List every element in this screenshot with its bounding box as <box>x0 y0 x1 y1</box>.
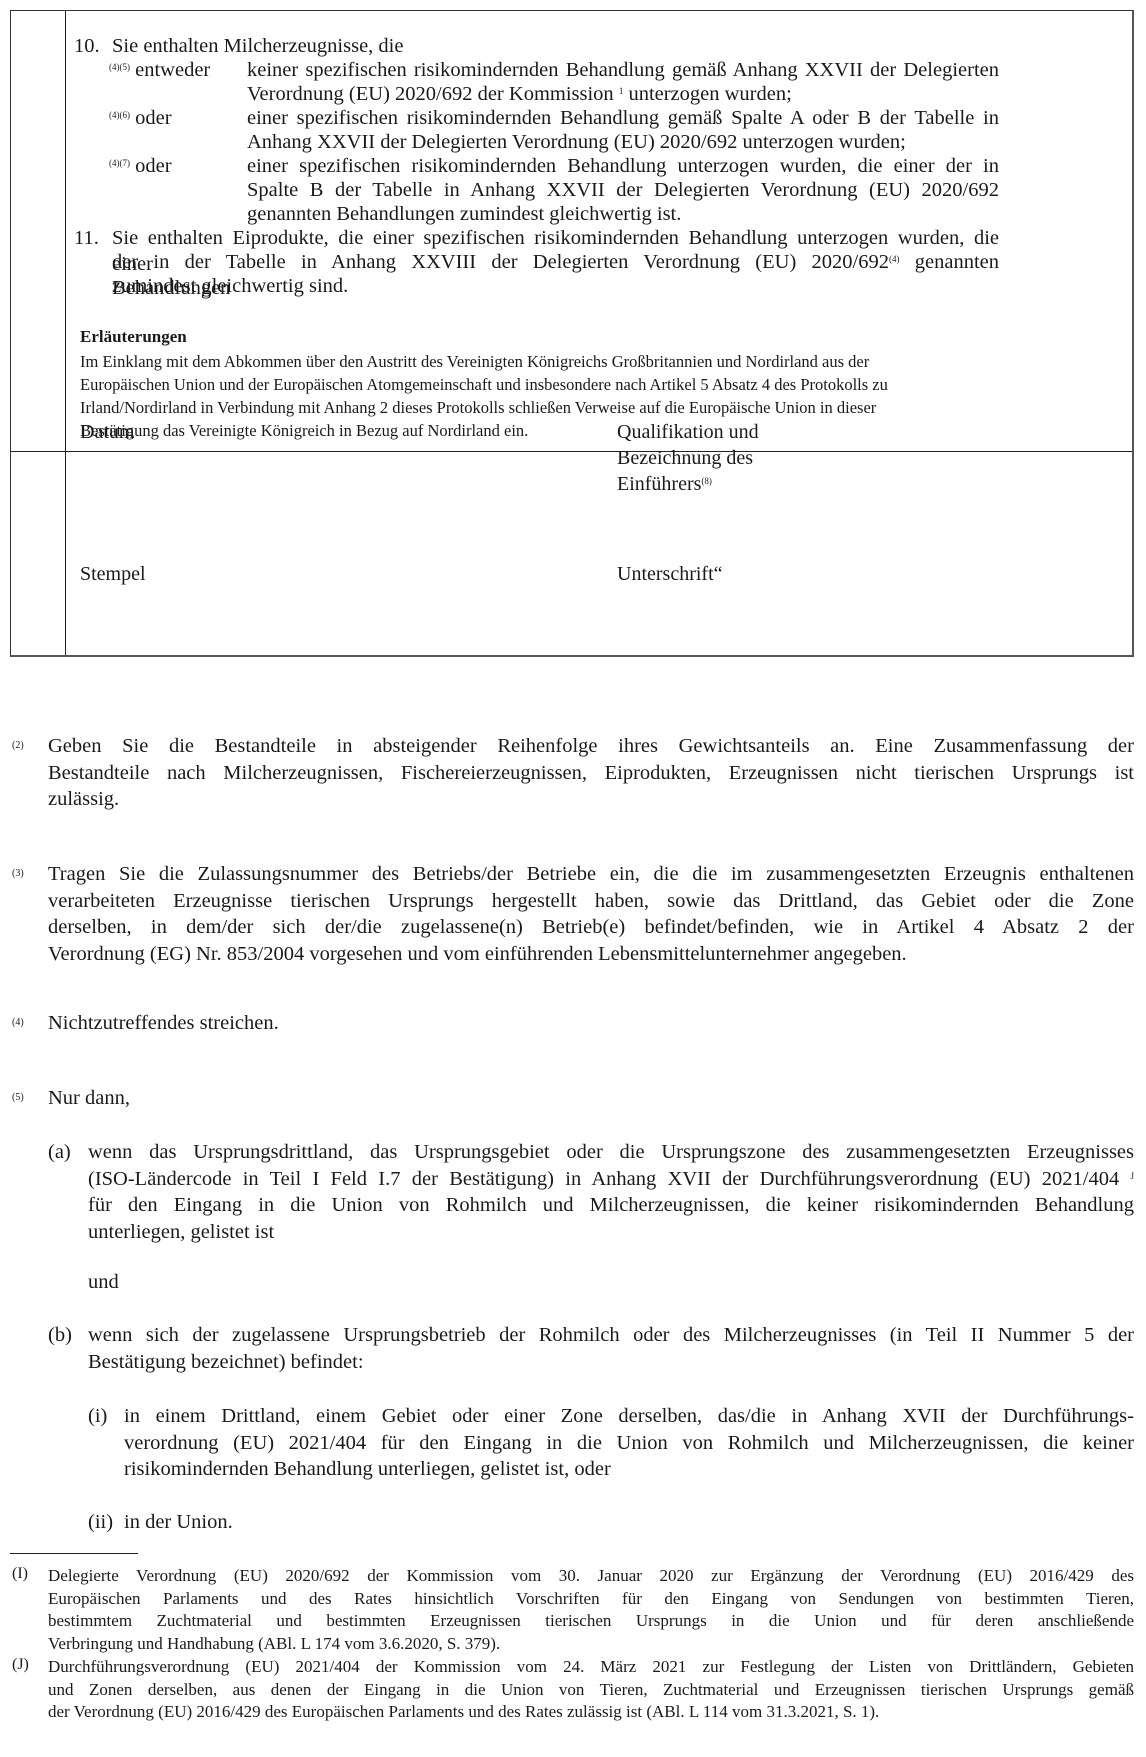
footnote-line: Delegierte Verordnung (EU) 2020/692 der … <box>48 1565 1134 1588</box>
line-text: Verordnung (EU) 2020/692 der Kommission <box>247 83 614 105</box>
explanations-line: Europäischen Union und der Europäischen … <box>80 373 1100 396</box>
explanations-line: Irland/Nordirland in Verbindung mit Anha… <box>80 396 1100 419</box>
footnote-marker: (I) <box>12 1565 28 1583</box>
sub-line: in der Union. <box>124 1509 1134 1536</box>
note-marker: (4) <box>12 1017 24 1028</box>
sub-item-a: wenn das Ursprungsdrittland, das Ursprun… <box>88 1139 1134 1245</box>
table-column-divider <box>65 11 66 655</box>
footnote-2: Durchführungsverordnung (EU) 2021/404 de… <box>48 1656 1134 1724</box>
line-text: unterzogen wurden; <box>628 83 791 105</box>
footnote-marker: (J) <box>12 1656 29 1674</box>
qualification-line: Einführers(8) <box>617 471 759 497</box>
footnote-line: Europäischen Parlaments und des Rates hi… <box>48 1588 1134 1611</box>
sub-line: (ISO-Ländercode in Teil I Feld I.7 der B… <box>88 1166 1134 1193</box>
date-label: Datum <box>80 419 134 445</box>
sub-item-i: in einem Drittland, einem Gebiet oder ei… <box>124 1403 1134 1483</box>
sub-line: verordnung (EU) 2021/404 für den Eingang… <box>124 1430 1134 1457</box>
footnote-1: Delegierte Verordnung (EU) 2020/692 der … <box>48 1565 1134 1655</box>
connector-und: und <box>88 1269 1146 1296</box>
note-line: Tragen Sie die Zulassungsnummer des Betr… <box>48 861 1134 888</box>
stamp-label: Stempel <box>80 561 146 587</box>
note-marker: (3) <box>12 868 24 879</box>
sub-label-a: (a) <box>48 1139 88 1166</box>
item-10-intro: Sie enthalten Milcherzeugnisse, die <box>112 33 403 59</box>
option-entweder-label: (4)(5) entweder <box>109 57 210 83</box>
note-line: Nichtzutreffendes streichen. <box>48 1010 1134 1037</box>
sub-label-ii: (ii) <box>88 1509 124 1536</box>
explanations-body: Im Einklang mit dem Abkommen über den Au… <box>80 350 1100 442</box>
note-line: Nur dann, <box>48 1085 1134 1112</box>
footnote-line: und Zonen derselben, aus denen der Einga… <box>48 1679 1134 1702</box>
footnote-ref[interactable]: (4) <box>889 254 900 264</box>
line-text: (ISO-Ländercode in Teil I Feld I.7 der B… <box>88 1168 1119 1190</box>
footnote-line: Verbringung und Handhabung (ABl. L 174 v… <box>48 1633 1134 1656</box>
option-oder-6-line-2: Anhang XXVII der Delegierten Verordnung … <box>247 129 906 155</box>
item-11-number: 11. <box>74 225 99 251</box>
sub-line: wenn sich der zugelassene Ursprungsbetri… <box>88 1322 1134 1349</box>
option-entweder-line-1: keiner spezifischen risikomindernden Beh… <box>247 57 999 83</box>
sub-line: in einem Drittland, einem Gebiet oder ei… <box>124 1403 1134 1430</box>
note-line: Bestandteile nach Milcherzeugnissen, Fis… <box>48 760 1134 787</box>
table-row-divider <box>11 451 1132 452</box>
footnote-separator <box>10 1553 138 1554</box>
note-line: derselben, in dem/der sich der/die zugel… <box>48 914 1134 941</box>
explanations-line: Im Einklang mit dem Abkommen über den Au… <box>80 350 1100 373</box>
explanations-line: Bestätigung das Vereinigte Königreich in… <box>80 419 1100 442</box>
qualification-line: Bezeichnung des <box>617 445 759 471</box>
qualification-line: Qualifikation und <box>617 419 759 445</box>
importer-qualification-label: Qualifikation und Bezeichnung des Einfüh… <box>617 419 759 497</box>
note-4: Nichtzutreffendes streichen. <box>48 1010 1134 1037</box>
certificate-table: 10. Sie enthalten Milcherzeugnisse, die … <box>10 10 1134 657</box>
footnote-line: bestimmtem Zuchtmaterial und bestimmten … <box>48 1610 1134 1633</box>
footnote-ref[interactable]: 1 <box>619 86 624 96</box>
option-oder-7-line-3: genannten Behandlungen zumindest gleichw… <box>247 201 681 227</box>
note-marker: (2) <box>12 740 24 751</box>
explanations-title: Erläuterungen <box>80 327 187 347</box>
sub-line: unterliegen, gelistet ist <box>88 1219 1134 1246</box>
note-2: Geben Sie die Bestandteile in absteigend… <box>48 733 1134 813</box>
note-marker: (5) <box>12 1092 24 1103</box>
option-oder-6-line-1: einer spezifischen risikomindernden Beha… <box>247 105 999 131</box>
option-refs: (4)(6) <box>109 110 130 120</box>
sub-item-b: wenn sich der zugelassene Ursprungsbetri… <box>88 1322 1134 1375</box>
option-label: entweder <box>135 59 210 81</box>
sub-line: risikomindernden Behandlung unterliegen,… <box>124 1456 1134 1483</box>
option-label: oder <box>135 155 171 177</box>
footnote-ref[interactable]: J <box>1131 1171 1135 1181</box>
note-line: verarbeiteten Erzeugnisse tierischen Urs… <box>48 888 1134 915</box>
line-text: Einführers <box>617 473 701 495</box>
line-text: der in der Tabelle in Anhang XXVIII der … <box>112 251 889 273</box>
footnote-ref[interactable]: (8) <box>701 476 712 486</box>
option-oder-7-label: (4)(7) oder <box>109 153 172 179</box>
note-5: Nur dann, <box>48 1085 1134 1112</box>
sub-label-b: (b) <box>48 1322 88 1349</box>
item-10-number: 10. <box>74 33 100 59</box>
note-line: Geben Sie die Bestandteile in absteigend… <box>48 733 1134 760</box>
sub-line: wenn das Ursprungsdrittland, das Ursprun… <box>88 1139 1134 1166</box>
option-entweder-line-2: Verordnung (EU) 2020/692 der Kommission … <box>247 81 792 107</box>
sub-item-ii: in der Union. <box>124 1509 1134 1536</box>
option-refs: (4)(5) <box>109 62 130 72</box>
option-refs: (4)(7) <box>109 158 130 168</box>
option-oder-7-line-2: Spalte B der Tabelle in Anhang XXVII der… <box>247 177 999 203</box>
option-oder-6-label: (4)(6) oder <box>109 105 172 131</box>
note-line: zulässig. <box>48 786 1134 813</box>
signature-label: Unterschrift“ <box>617 561 723 587</box>
note-line: Verordnung (EG) Nr. 853/2004 vorgesehen … <box>48 941 1134 968</box>
option-label: oder <box>135 107 171 129</box>
footnote-line: Durchführungsverordnung (EU) 2021/404 de… <box>48 1656 1134 1679</box>
option-oder-7-line-1: einer spezifischen risikomindernden Beha… <box>247 153 999 179</box>
item-11-line-3: zumindest gleichwertig sind. <box>112 273 348 299</box>
note-3: Tragen Sie die Zulassungsnummer des Betr… <box>48 861 1134 967</box>
sub-label-i: (i) <box>88 1403 124 1430</box>
footnote-line: der Verordnung (EU) 2016/429 des Europäi… <box>48 1701 1134 1724</box>
sub-line: für den Eingang in die Union von Rohmilc… <box>88 1192 1134 1219</box>
sub-line: Bestätigung bezeichnet) befindet: <box>88 1349 1134 1376</box>
